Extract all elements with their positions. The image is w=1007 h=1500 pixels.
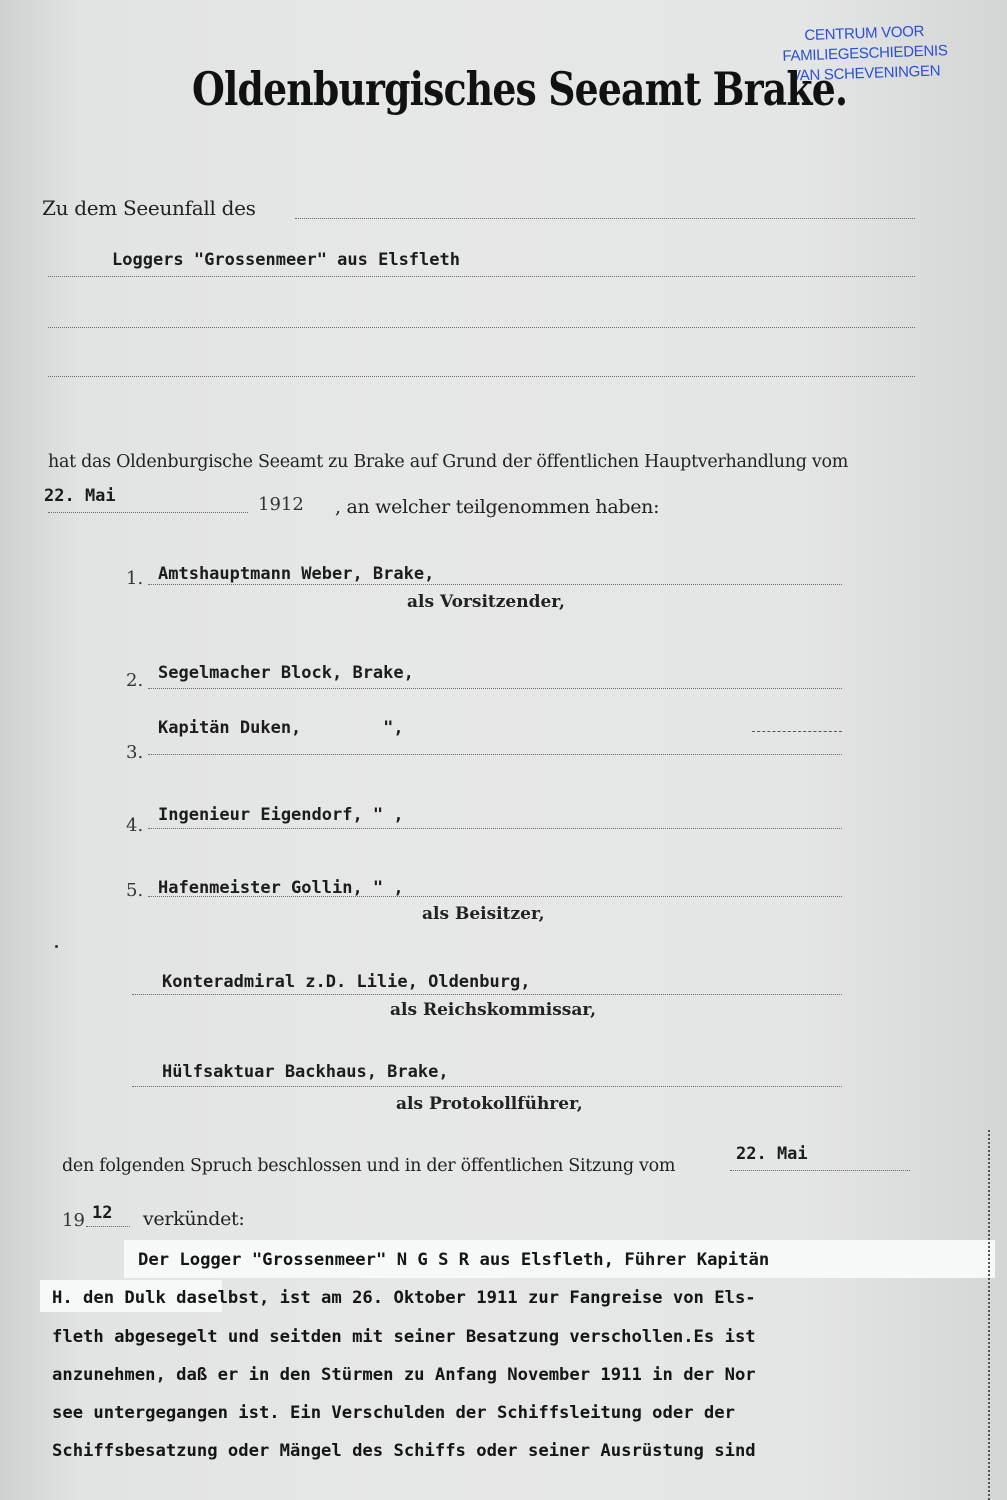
dotted-line: [148, 584, 842, 585]
body-line: anzunehmen, daß er in den Stürmen zu Anf…: [52, 1365, 756, 1385]
participant-name: Ingenieur Eigendorf, " ,: [158, 805, 404, 825]
participant-name: Konteradmiral z.D. Lilie, Oldenburg,: [162, 972, 530, 992]
dotted-line: [132, 994, 842, 995]
dotted-line: [148, 688, 842, 689]
body-line: fleth abgesegelt und seitden mit seiner …: [52, 1327, 756, 1347]
verdict-date: 22. Mai: [736, 1144, 808, 1164]
participant-name: Hülfsaktuar Backhaus, Brake,: [162, 1062, 449, 1082]
participant-name: Amtshauptmann Weber, Brake,: [158, 564, 434, 584]
verdict-intro: den folgenden Spruch beschlossen und in …: [62, 1156, 675, 1176]
body-line: Der Logger "Grossenmeer" N G S R aus Els…: [138, 1250, 769, 1270]
hearing-intro: hat das Oldenburgische Seeamt zu Brake a…: [48, 452, 848, 472]
participant-role: als Beisitzer,: [422, 904, 545, 924]
hearing-date: 22. Mai: [44, 486, 116, 506]
verdict-year-prefix: 19: [62, 1210, 85, 1231]
verdict-year-suffix: 12: [92, 1203, 112, 1223]
page-title: Oldenburgisches Seeamt Brake.: [192, 62, 847, 116]
dotted-line: [48, 512, 248, 513]
dash-mark: [752, 731, 842, 732]
participant-number: 5.: [126, 880, 143, 901]
dotted-line: [132, 1086, 842, 1087]
participant-role: als Protokollführer,: [396, 1094, 583, 1114]
dotted-line: [730, 1170, 910, 1171]
dotted-line: [48, 327, 915, 328]
dotted-line: [48, 376, 915, 377]
body-line: see untergegangen ist. Ein Verschulden d…: [52, 1403, 735, 1423]
dotted-line: [86, 1226, 130, 1227]
participant-role: als Vorsitzender,: [407, 592, 565, 612]
participant-role: als Reichskommissar,: [390, 1000, 596, 1020]
body-line: Schiffsbesatzung oder Mängel des Schiffs…: [52, 1441, 756, 1461]
binding-edge: [988, 1130, 992, 1500]
participant-name: Kapitän Duken, ",: [158, 718, 404, 738]
vessel-name: Loggers "Grossenmeer" aus Elsfleth: [112, 250, 460, 270]
body-line: H. den Dulk daselbst, ist am 26. Oktober…: [52, 1288, 756, 1308]
hearing-suffix: , an welcher teilgenommen haben:: [335, 496, 659, 518]
stray-dot: [55, 945, 58, 948]
dotted-line: [48, 276, 915, 277]
dotted-line: [148, 754, 842, 755]
dotted-line: [148, 828, 842, 829]
verdict-announced: verkündet:: [143, 1208, 245, 1230]
dotted-line: [148, 896, 842, 897]
participant-number: 2.: [126, 670, 143, 691]
participant-number: 1.: [126, 568, 143, 589]
participant-name: Segelmacher Block, Brake,: [158, 663, 414, 683]
participant-number: 4.: [126, 815, 143, 836]
participant-number: 3.: [126, 742, 143, 763]
participant-name: Hafenmeister Gollin, " ,: [158, 878, 404, 898]
hearing-year: 1912: [258, 494, 304, 515]
incident-label: Zu dem Seeunfall des: [42, 196, 256, 220]
dotted-line: [295, 218, 915, 219]
